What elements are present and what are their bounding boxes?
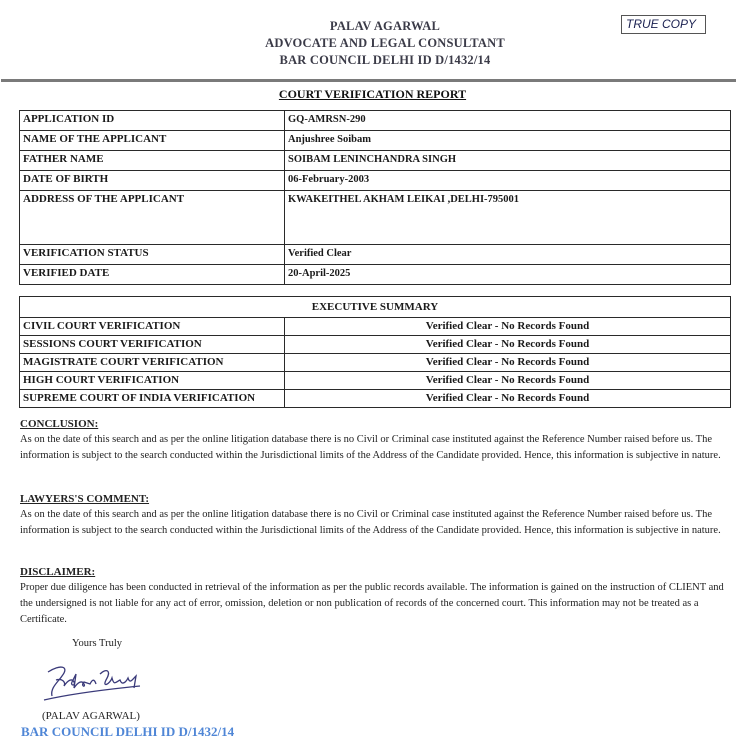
table-row: SUPREME COURT OF INDIA VERIFICATIONVerif… (20, 390, 731, 408)
executive-summary-table: EXECUTIVE SUMMARY CIVIL COURT VERIFICATI… (19, 296, 731, 408)
field-value: SOIBAM LENINCHANDRA SINGH (285, 151, 731, 171)
field-label: APPLICATION ID (20, 111, 285, 131)
court-label: MAGISTRATE COURT VERIFICATION (20, 354, 285, 372)
table-row: NAME OF THE APPLICANTAnjushree Soibam (20, 131, 731, 151)
field-label: VERIFICATION STATUS (20, 245, 285, 265)
field-label: ADDRESS OF THE APPLICANT (20, 191, 285, 245)
disclaimer-heading: DISCLAIMER: (20, 564, 732, 580)
executive-summary-heading: EXECUTIVE SUMMARY (20, 297, 731, 318)
court-result: Verified Clear - No Records Found (285, 354, 731, 372)
table-row: APPLICATION IDGQ-AMRSN-290 (20, 111, 731, 131)
conclusion-heading: CONCLUSION: (20, 416, 732, 432)
table-row: VERIFIED DATE20-April-2025 (20, 265, 731, 285)
table-row: SESSIONS COURT VERIFICATIONVerified Clea… (20, 336, 731, 354)
closing-text: Yours Truly (72, 638, 122, 649)
court-label: SUPREME COURT OF INDIA VERIFICATION (20, 390, 285, 408)
signature-icon (40, 660, 150, 705)
lawyers-comment-text: As on the date of this search and as per… (20, 507, 732, 539)
field-value: Verified Clear (285, 245, 731, 265)
applicant-info-table: APPLICATION IDGQ-AMRSN-290 NAME OF THE A… (19, 110, 731, 285)
court-result: Verified Clear - No Records Found (285, 372, 731, 390)
conclusion-section: CONCLUSION: As on the date of this searc… (20, 416, 732, 464)
true-copy-stamp: TRUE COPY (621, 15, 706, 34)
court-label: SESSIONS COURT VERIFICATION (20, 336, 285, 354)
report-title: COURT VERIFICATION REPORT (0, 87, 745, 102)
court-result: Verified Clear - No Records Found (285, 336, 731, 354)
table-row: VERIFICATION STATUSVerified Clear (20, 245, 731, 265)
header-divider (1, 79, 736, 82)
field-value: 20-April-2025 (285, 265, 731, 285)
signatory-name: (PALAV AGARWAL) (42, 710, 140, 722)
field-value: GQ-AMRSN-290 (285, 111, 731, 131)
disclaimer-text: Proper due diligence has been conducted … (20, 580, 732, 628)
field-value: Anjushree Soibam (285, 131, 731, 151)
field-label: FATHER NAME (20, 151, 285, 171)
field-value: 06-February-2003 (285, 171, 731, 191)
court-result: Verified Clear - No Records Found (285, 318, 731, 336)
table-row: CIVIL COURT VERIFICATIONVerified Clear -… (20, 318, 731, 336)
signature-bar-council-id: BAR COUNCIL DELHI ID D/1432/14 (21, 724, 234, 740)
field-label: DATE OF BIRTH (20, 171, 285, 191)
disclaimer-section: DISCLAIMER: Proper due diligence has bee… (20, 564, 732, 628)
court-result: Verified Clear - No Records Found (285, 390, 731, 408)
field-label: NAME OF THE APPLICANT (20, 131, 285, 151)
field-label: VERIFIED DATE (20, 265, 285, 285)
field-value: KWAKEITHEL AKHAM LEIKAI ,DELHI-795001 (285, 191, 731, 245)
court-label: HIGH COURT VERIFICATION (20, 372, 285, 390)
advocate-title: ADVOCATE AND LEGAL CONSULTANT (20, 35, 750, 52)
table-row: HIGH COURT VERIFICATIONVerified Clear - … (20, 372, 731, 390)
bar-council-id: BAR COUNCIL DELHI ID D/1432/14 (20, 52, 750, 69)
table-row: ADDRESS OF THE APPLICANTKWAKEITHEL AKHAM… (20, 191, 731, 245)
conclusion-text: As on the date of this search and as per… (20, 432, 732, 464)
table-row: FATHER NAMESOIBAM LENINCHANDRA SINGH (20, 151, 731, 171)
court-label: CIVIL COURT VERIFICATION (20, 318, 285, 336)
lawyers-comment-heading: LAWYERS'S COMMENT: (20, 491, 732, 507)
table-row: MAGISTRATE COURT VERIFICATIONVerified Cl… (20, 354, 731, 372)
lawyers-comment-section: LAWYERS'S COMMENT: As on the date of thi… (20, 491, 732, 539)
table-row: DATE OF BIRTH06-February-2003 (20, 171, 731, 191)
